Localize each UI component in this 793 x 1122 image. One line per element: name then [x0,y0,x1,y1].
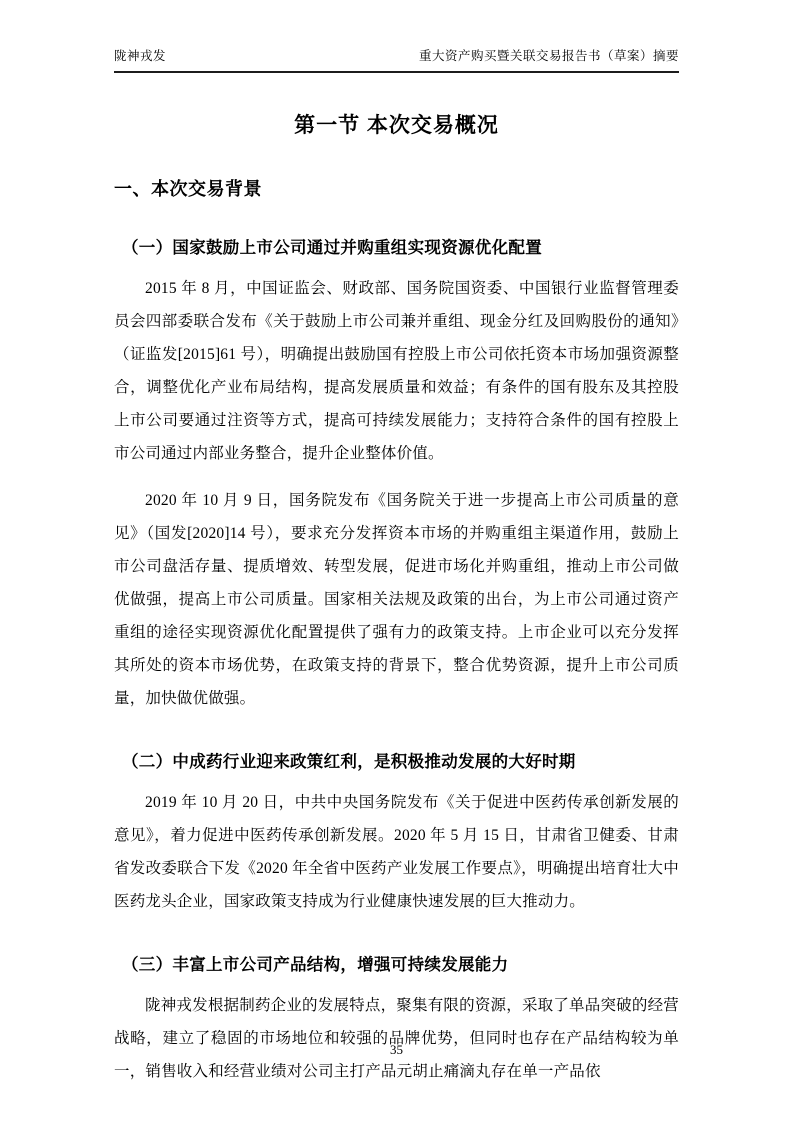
header-report-title: 重大资产购买暨关联交易报告书（草案）摘要 [419,46,679,64]
subsection-heading-2: （二）中成药行业迎来政策红利，是积极推动发展的大好时期 [114,748,679,772]
running-header: 陇神戎发 重大资产购买暨关联交易报告书（草案）摘要 [114,46,679,73]
paragraph: 2020 年 10 月 9 日，国务院发布《国务院关于进一步提高上市公司质量的意… [114,484,679,715]
subsection-heading-3: （三）丰富上市公司产品结构，增强可持续发展能力 [114,951,679,975]
section-heading-transaction-background: 一、本次交易背景 [114,175,679,201]
header-company-name: 陇神戎发 [114,46,166,64]
chapter-title: 第一节 本次交易概况 [114,109,679,139]
paragraph: 陇神戎发根据制药企业的发展特点，聚集有限的资源，采取了单品突破的经营战略，建立了… [114,989,679,1088]
paragraph: 2015 年 8 月，中国证监会、财政部、国务院国资委、中国银行业监督管理委员会… [114,272,679,470]
paragraph: 2019 年 10 月 20 日，中共中央国务院发布《关于促进中医药传承创新发展… [114,786,679,918]
document-page: 陇神戎发 重大资产购买暨关联交易报告书（草案）摘要 第一节 本次交易概况 一、本… [0,0,793,1122]
subsection-heading-1: （一）国家鼓励上市公司通过并购重组实现资源优化配置 [114,234,679,258]
page-number: 35 [0,1042,793,1058]
